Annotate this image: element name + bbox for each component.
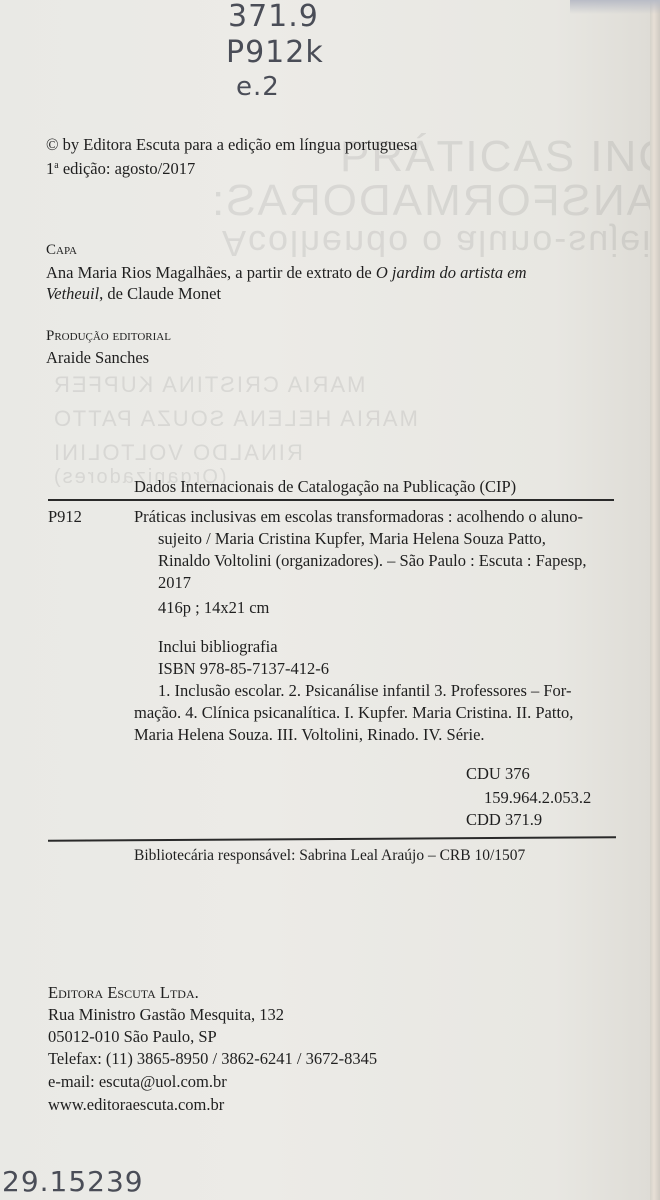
cover-credit-cont: Vetheuil, de Claude Monet — [46, 283, 221, 304]
handwritten-accession-number: 29.15239 — [2, 1168, 144, 1196]
show-through-text: Acolhendo o aluno-sujeito — [222, 222, 660, 264]
page-corner-shadow — [570, 0, 660, 14]
cip-entry-line: Rinaldo Voltolini (organizadores). – São… — [158, 550, 587, 571]
show-through-text: RINALDO VOLTOLINI — [52, 440, 303, 466]
cip-heading: Dados Internacionais de Catalogação na P… — [134, 476, 516, 497]
show-through-text: MARIA CRISTINA KUPFER — [52, 372, 365, 398]
cip-subjects-line: 1. Inclusão escolar. 2. Psicanálise infa… — [158, 680, 571, 701]
cip-subjects-line: Maria Helena Souza. III. Voltolini, Rina… — [134, 724, 485, 745]
show-through-text: ESCOLAS TRANSFORMADORAS: — [210, 176, 660, 226]
cip-cdu: CDU 376 — [466, 763, 530, 784]
publisher-city: 05012-010 São Paulo, SP — [48, 1026, 217, 1047]
cip-top-rule — [48, 499, 614, 501]
publisher-email: e-mail: escuta@uol.com.br — [48, 1071, 227, 1092]
page-edge — [650, 0, 660, 1200]
cip-subjects-line: mação. 4. Clínica psicanalítica. I. Kupf… — [134, 702, 573, 723]
handwritten-cutter-number: P912k — [226, 38, 324, 68]
artwork-title-cont: Vetheuil — [46, 284, 99, 303]
artist-name: , de Claude Monet — [99, 284, 221, 303]
production-name: Araide Sanches — [46, 347, 149, 368]
cover-credit-text: Ana Maria Rios Magalhães, a partir de ex… — [46, 263, 376, 282]
cip-call-code: P912 — [48, 506, 82, 527]
cip-cdu-extra: 159.964.2.053.2 — [484, 787, 591, 808]
cip-bottom-rule — [48, 836, 616, 841]
publisher-street: Rua Ministro Gastão Mesquita, 132 — [48, 1004, 284, 1025]
cip-physical-description: 416p ; 14x21 cm — [158, 597, 269, 618]
publisher-website: www.editoraescuta.com.br — [48, 1094, 224, 1115]
handwritten-copy-number: e.2 — [236, 74, 280, 100]
publisher-name: Editora Escuta Ltda. — [48, 982, 199, 1003]
cover-label: Capa — [46, 240, 77, 261]
edition-number: 1 — [46, 159, 54, 178]
publisher-phone: Telefax: (11) 3865-8950 / 3862-6241 / 36… — [48, 1048, 377, 1069]
cip-notes: Inclui bibliografia — [158, 636, 278, 657]
cip-entry-line: 2017 — [158, 572, 191, 593]
copyright-line: © by Editora Escuta para a edição em lín… — [46, 134, 417, 155]
cip-entry-line: sujeito / Maria Cristina Kupfer, Maria H… — [158, 528, 546, 549]
cover-credit: Ana Maria Rios Magalhães, a partir de ex… — [46, 262, 527, 283]
cip-entry-line: Práticas inclusivas em escolas transform… — [134, 506, 583, 527]
cip-librarian: Bibliotecária responsável: Sabrina Leal … — [134, 845, 525, 866]
cip-cdd: CDD 371.9 — [466, 809, 542, 830]
edition-date: edição: agosto/2017 — [59, 159, 196, 178]
cip-isbn: ISBN 978-85-7137-412-6 — [158, 658, 329, 679]
production-label: Produção editorial — [46, 326, 171, 347]
handwritten-call-number: 371.9 — [228, 2, 319, 32]
show-through-text: MARIA HELENA SOUZA PATTO — [52, 406, 418, 432]
book-page: PRÁTICAS INCLUSIVAS ESCOLAS TRANSFORMADO… — [0, 0, 652, 1200]
artwork-title: O jardim do artista em — [376, 263, 527, 282]
edition-line: 1a edição: agosto/2017 — [46, 155, 195, 179]
